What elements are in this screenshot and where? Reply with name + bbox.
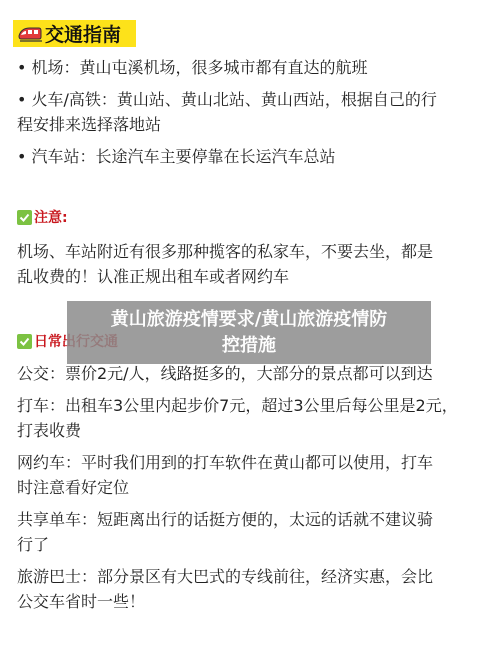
notice-heading: 注意: [17,207,68,227]
train-icon [17,25,43,43]
daily-line: 网约车：平时我们用到的打车软件在黄山都可以使用，打车 [17,451,433,475]
title-badge: 交通指南 [13,20,136,47]
notice-line: 机场、车站附近有很多那种揽客的私家车，不要去坐，都是 [17,240,433,264]
daily-line: 公交车省时一些！ [17,590,145,614]
transport-item-train: • 火车/高铁：黄山站、黄山北站、黄山西站，根据自己的行 [17,88,437,112]
daily-line: 公交：票价2元/人，线路挺多的，大部分的景点都可以到达 [17,362,433,386]
overlay-title-line1: 黄山旅游疫情要求/黄山旅游疫情防 [111,307,388,333]
daily-line: 行了 [17,533,49,557]
daily-line: 时注意看好定位 [17,476,129,500]
page-title: 交通指南 [45,20,121,47]
daily-line: 打车：出租车3公里内起步价7元，超过3公里后每公里是2元， [17,394,458,418]
check-icon [17,334,32,349]
daily-line: 共享单车：短距离出行的话挺方便的，太远的话就不建议骑 [17,508,433,532]
overlay-title-line2: 控措施 [222,333,276,359]
notice-label: 注意: [34,207,68,227]
transport-item-train-cont: 程安排来选择落地站 [17,113,161,137]
transport-item-airport: • 机场：黄山屯溪机场，很多城市都有直达的航班 [17,56,368,80]
daily-line: 打表收费 [17,419,81,443]
notice-line: 乱收费的！认准正规出租车或者网约车 [17,265,289,289]
title-overlay: 黄山旅游疫情要求/黄山旅游疫情防 控措施 [67,301,431,364]
daily-line: 旅游巴士：部分景区有大巴式的专线前往，经济实惠，会比 [17,565,433,589]
transport-item-bus-station: • 汽车站：长途汽车主要停靠在长运汽车总站 [17,145,336,169]
check-icon [17,210,32,225]
